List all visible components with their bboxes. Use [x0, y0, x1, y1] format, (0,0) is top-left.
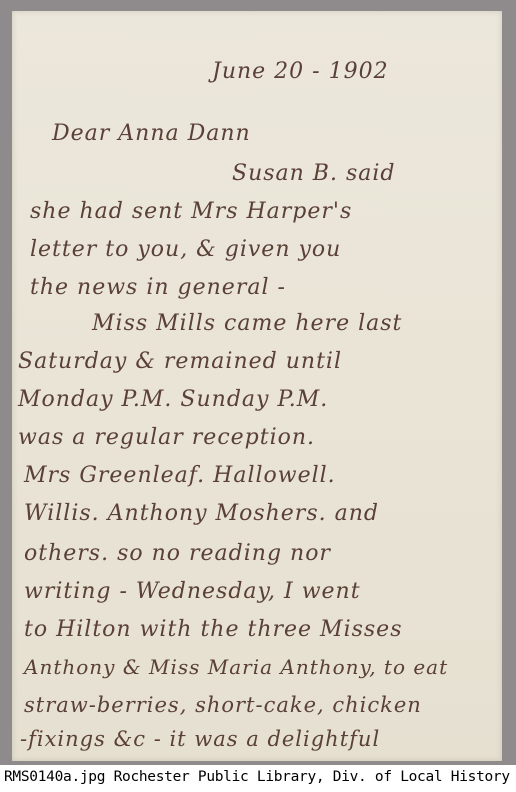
letter-line: straw-berries, short-cake, chicken — [24, 693, 422, 717]
letter-line: she had sent Mrs Harper's — [30, 199, 352, 224]
letter-line: letter to you, & given you — [30, 237, 341, 262]
image-caption: RMS0140a.jpg Rochester Public Library, D… — [4, 769, 510, 785]
letter-line: Anthony & Miss Maria Anthony, to eat — [24, 655, 448, 679]
letter-line: Susan B. said — [232, 161, 396, 186]
letter-line: Willis. Anthony Moshers. and — [24, 501, 379, 526]
letter-salutation: Dear Anna Dann — [52, 121, 251, 146]
scan-background: June 20 - 1902 Dear Anna Dann Susan B. s… — [0, 0, 516, 765]
letter-line: was a regular reception. — [18, 425, 315, 450]
letter-line: Miss Mills came here last — [92, 311, 402, 336]
letter-line: the news in general - — [30, 275, 286, 300]
letter-line: others. so no reading nor — [24, 541, 331, 566]
letter-line: Monday P.M. Sunday P.M. — [18, 387, 328, 412]
letter-date: June 20 - 1902 — [212, 59, 389, 84]
letter-line: -fixings &c - it was a delightful — [20, 727, 380, 751]
letter-line: Saturday & remained until — [18, 349, 342, 374]
letter-line: to Hilton with the three Misses — [24, 617, 403, 642]
letter-line: writing - Wednesday, I went — [24, 579, 361, 604]
letter-line: Mrs Greenleaf. Hallowell. — [24, 463, 336, 488]
letter-page: June 20 - 1902 Dear Anna Dann Susan B. s… — [12, 11, 502, 761]
